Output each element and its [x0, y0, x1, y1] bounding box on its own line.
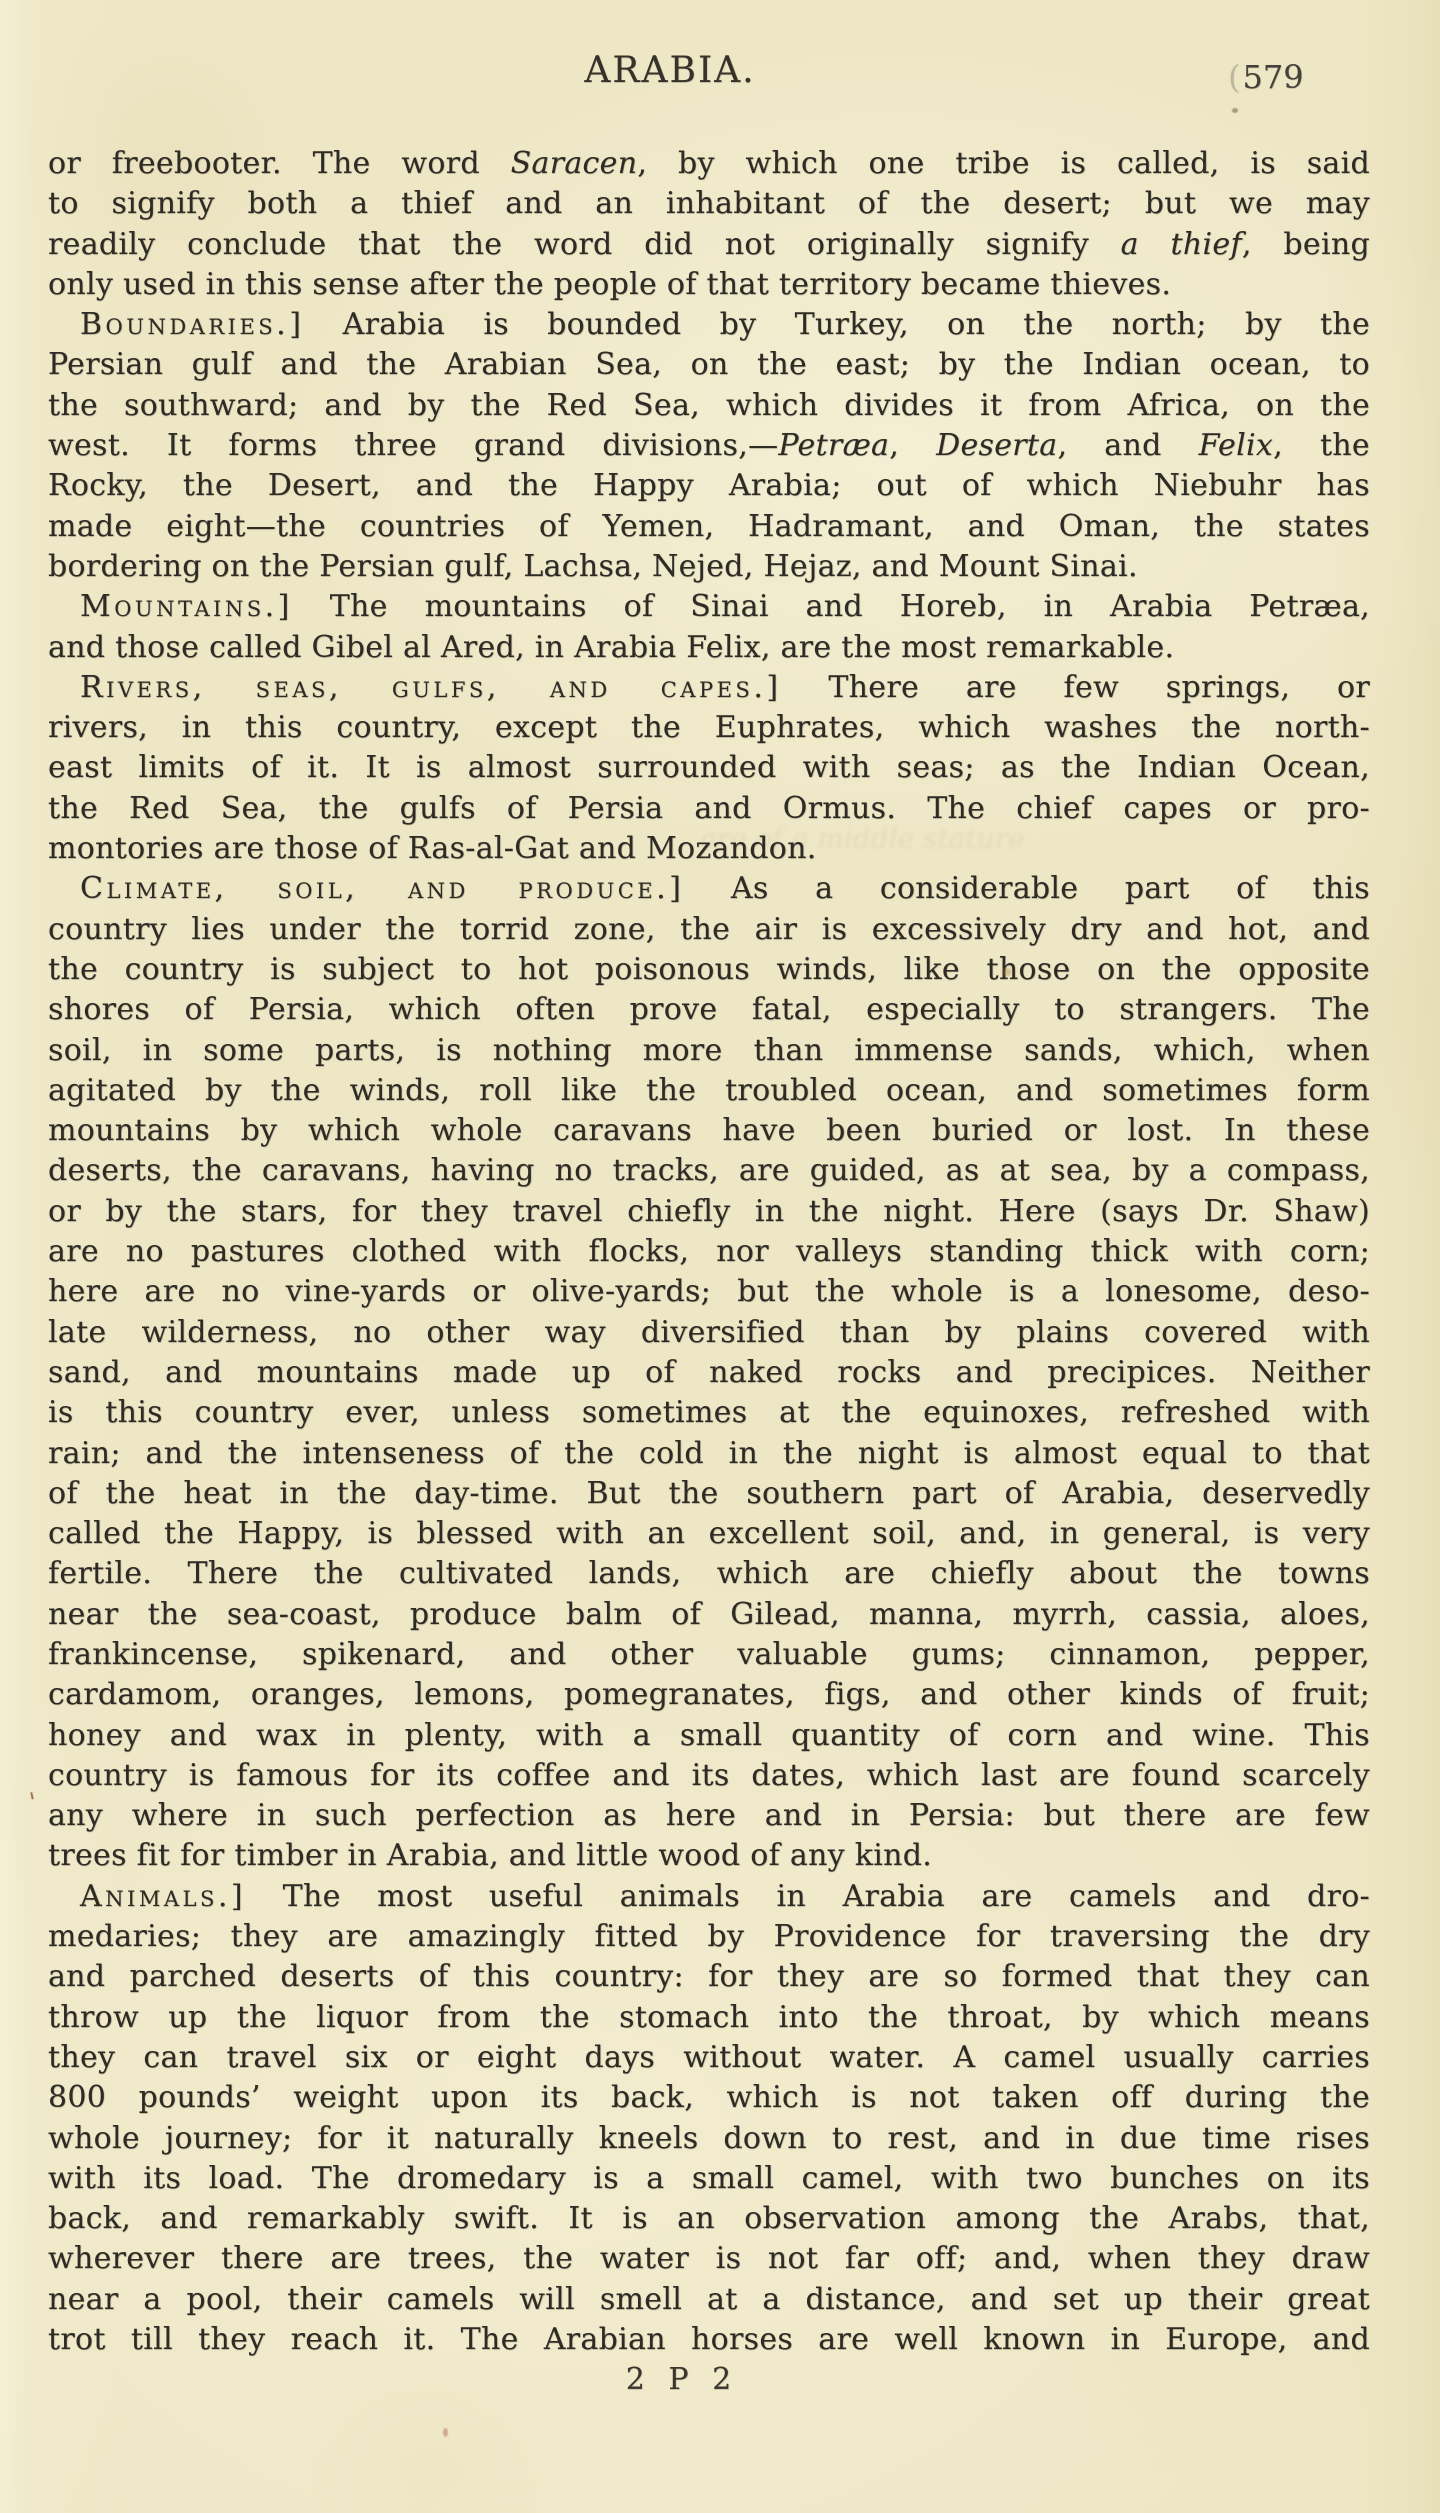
text-line: late wilderness, no other way diversifie… — [48, 1313, 1370, 1353]
text-line: with its load. The dromedary is a small … — [48, 2159, 1370, 2199]
text-line: trot till they reach it. The Arabian hor… — [48, 2320, 1370, 2360]
text-line: deserts, the caravans, having no tracks,… — [48, 1151, 1370, 1191]
page-number: (579 — [1228, 58, 1304, 96]
text-line: 800 pounds’ weight upon its back, which … — [48, 2078, 1370, 2118]
running-head-title: ARABIA. — [0, 50, 1390, 91]
text-line: country lies under the torrid zone, the … — [48, 910, 1370, 950]
paper-stain — [1002, 968, 1012, 976]
text-line: montories are those of Ras-al-Gat and Mo… — [48, 829, 1370, 869]
text-line: here are no vine-yards or olive-yards; b… — [48, 1272, 1370, 1312]
text-line: or freebooter. The word Saracen, by whic… — [48, 144, 1370, 184]
text-line: Persian gulf and the Arabian Sea, on the… — [48, 345, 1370, 385]
text-line: bordering on the Persian gulf, Lachsa, N… — [48, 547, 1370, 587]
text-line: they can travel six or eight days withou… — [48, 2038, 1370, 2078]
text-line: east limits of it. It is almost surround… — [48, 748, 1370, 788]
text-line: fertile. There the cultivated lands, whi… — [48, 1554, 1370, 1594]
text-line: Boundaries.] Arabia is bounded by Turkey… — [48, 305, 1370, 345]
text-block: or freebooter. The word Saracen, by whic… — [48, 144, 1370, 2360]
text-line: rain; and the intenseness of the cold in… — [48, 1434, 1370, 1474]
text-line: Animals.] The most useful animals in Ara… — [48, 1877, 1370, 1917]
text-line: called the Happy, is blessed with an exc… — [48, 1514, 1370, 1554]
text-line: shores of Persia, which often prove fata… — [48, 990, 1370, 1030]
text-line: of the heat in the day-time. But the sou… — [48, 1474, 1370, 1514]
text-line: and those called Gibel al Ared, in Arabi… — [48, 628, 1370, 668]
page-number-paren-artifact: ( — [1228, 58, 1240, 96]
text-line: whole journey; for it naturally kneels d… — [48, 2119, 1370, 2159]
text-line: or by the stars, for they travel chiefly… — [48, 1192, 1370, 1232]
text-line: near a pool, their camels will smell at … — [48, 2280, 1370, 2320]
text-line: any where in such perfection as here and… — [48, 1796, 1370, 1836]
text-line: the Red Sea, the gulfs of Persia and Orm… — [48, 789, 1370, 829]
text-line: cardamom, oranges, lemons, pomegranates,… — [48, 1675, 1370, 1715]
text-line: Mountains.] The mountains of Sinai and H… — [48, 587, 1370, 627]
ink-speck — [1232, 108, 1238, 113]
text-line: Climate, soil, and produce.] As a consid… — [48, 869, 1370, 909]
text-line: rivers, in this country, except the Euph… — [48, 708, 1370, 748]
text-line: frankincense, spikenard, and other valua… — [48, 1635, 1370, 1675]
text-line: and parched deserts of this country: for… — [48, 1957, 1370, 1997]
text-line: soil, in some parts, is nothing more tha… — [48, 1031, 1370, 1071]
text-line: wherever there are trees, the water is n… — [48, 2239, 1370, 2279]
margin-pen-mark: ' — [27, 1788, 40, 1819]
text-line: medaries; they are amazingly fitted by P… — [48, 1917, 1370, 1957]
text-line: throw up the liquor from the stomach int… — [48, 1998, 1370, 2038]
text-line: the country is subject to hot poisonous … — [48, 950, 1370, 990]
text-line: only used in this sense after the people… — [48, 265, 1370, 305]
text-line: is this country ever, unless sometimes a… — [48, 1393, 1370, 1433]
text-line: trees fit for timber in Arabia, and litt… — [48, 1836, 1370, 1876]
text-line: are no pastures clothed with flocks, nor… — [48, 1232, 1370, 1272]
text-line: Rivers, seas, gulfs, and capes.] There a… — [48, 668, 1370, 708]
printers-signature-mark: 2 P 2 — [0, 2362, 1402, 2397]
text-line: west. It forms three grand divisions,—Pe… — [48, 426, 1370, 466]
text-line: the southward; and by the Red Sea, which… — [48, 386, 1370, 426]
text-line: readily conclude that the word did not o… — [48, 225, 1370, 265]
text-line: mountains by which whole caravans have b… — [48, 1111, 1370, 1151]
paper-stain — [443, 2428, 448, 2437]
text-line: sand, and mountains made up of naked roc… — [48, 1353, 1370, 1393]
text-line: made eight—the countries of Yemen, Hadra… — [48, 507, 1370, 547]
book-page-scan: ARABIA. (579 are of a middle stature or … — [0, 0, 1440, 2513]
text-line: near the sea-coast, produce balm of Gile… — [48, 1595, 1370, 1635]
text-line: honey and wax in plenty, with a small qu… — [48, 1716, 1370, 1756]
text-line: agitated by the winds, roll like the tro… — [48, 1071, 1370, 1111]
text-line: back, and remarkably swift. It is an obs… — [48, 2199, 1370, 2239]
text-line: country is famous for its coffee and its… — [48, 1756, 1370, 1796]
text-line: to signify both a thief and an inhabitan… — [48, 184, 1370, 224]
page-number-value: 579 — [1242, 58, 1303, 96]
text-line: Rocky, the Desert, and the Happy Arabia;… — [48, 466, 1370, 506]
